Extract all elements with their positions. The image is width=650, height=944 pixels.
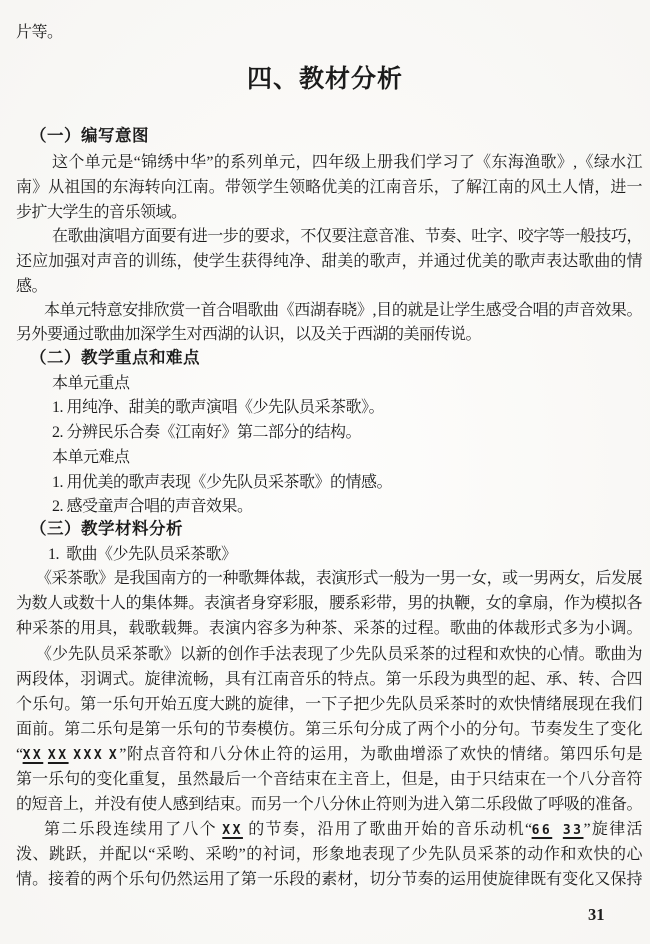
list-item: 1. 用优美的歌声表现《少先队员采茶歌》的情感。 — [52, 472, 642, 493]
text-line: 还应加强对声音的训练，使学生获得纯净、甜美的歌声，并通过优美的歌声表达歌曲的情 — [16, 251, 642, 272]
text-line: 在歌曲演唱方面要有进一步的要求，不仅要注意音准、节奏、吐字、咬字等一般技巧， — [52, 226, 642, 247]
text-line: 第一乐句的变化重复，虽然最后一个音结束在主音上，但是，由于只结束在一个八分音符 — [16, 769, 642, 790]
list-item: 1. 用纯净、甜美的歌声演唱《少先队员采茶歌》。 — [52, 397, 642, 418]
text-line: 这个单元是“锦绣中华”的系列单元，四年级上册我们学习了《东海渔歌》,《绿水江 — [52, 152, 642, 173]
text-line: 感。 — [16, 276, 642, 297]
text-line: 《少先队员采茶歌》以新的创作手法表现了少先队员采茶的过程和欢快的心情。歌曲为 — [36, 644, 642, 665]
section-heading-editorial-intent: （一）编写意图 — [30, 126, 642, 147]
text-line: 个乐句。第一乐句开始五度大跳的旋律，一下子把少先队员采茶时的欢快情绪展现在我们 — [16, 694, 642, 715]
list-item: 2. 分辨民乐合奏《江南好》第二部分的结构。 — [52, 422, 642, 443]
text-line: 两段体，羽调式。旋律流畅，具有江南音乐的特点。第一乐段为典型的起、承、转、合四 — [16, 669, 642, 690]
rhythm-notation: XX — [222, 823, 243, 838]
text-line: 另外要通过歌曲加深学生对西湖的认识，以及关于西湖的美丽传说。 — [16, 324, 642, 345]
text-line: 情。接着的两个乐句仍然运用了第一乐段的素材，切分节奏的运用使旋律既有变化又保持 — [16, 869, 642, 890]
rhythm-notation: 66 — [532, 823, 553, 838]
list-item: 1. 歌曲《少先队员采茶歌》 — [48, 544, 642, 565]
text-line: 的短音上，并没有使人感到结束。而另一个八分休止符则为进入第二乐段做了呼吸的准备。 — [16, 794, 642, 815]
page-title: 四、教材分析 — [0, 64, 650, 96]
text-line: 为数人或数十人的集体舞。表演者身穿彩服，腰系彩带，男的执鞭，女的拿扇，作为模拟各 — [16, 593, 642, 614]
rhythm-notation: XX — [48, 748, 69, 763]
rhythm-notation: XX — [23, 748, 44, 763]
text-line: 种采茶的用具，载歌载舞。表演内容多为种茶、采茶的过程。歌曲的体裁形式多为小调。 — [16, 618, 642, 639]
rhythm-pattern-line: “XX XX XXX X”附点音符和八分休止符的运用，为歌曲增添了欢快的情绪。第… — [16, 744, 642, 766]
text-line: 本单元难点 — [52, 447, 642, 468]
carryover-text: 片等。 — [16, 22, 642, 43]
page-number: 31 — [588, 905, 605, 925]
text-line: 本单元特意安排欣赏一首合唱歌曲《西湖春晓》,目的就是让学生感受合唱的声音效果。 — [44, 300, 642, 321]
text-line: 步扩大学生的音乐领域。 — [16, 202, 642, 223]
section-heading-key-points: （二）教学重点和难点 — [30, 348, 642, 369]
section-heading-material-analysis: （三）教学材料分析 — [30, 519, 642, 540]
text-line: 南》从祖国的东海转向江南。带领学生领略优美的江南音乐，了解江南的风土人情，进一 — [16, 177, 642, 198]
text-line: 《采茶歌》是我国南方的一种歌舞体裁，表演形式一般为一男一女，或一男两女，后发展 — [36, 568, 642, 589]
list-item: 2. 感受童声合唱的声音效果。 — [52, 496, 642, 517]
motif-line: 第二乐段连续用了八个 XX 的节奏，沿用了歌曲开始的音乐动机“66 33”旋律活 — [44, 819, 642, 841]
text-line: 面前。第二乐句是第一乐句的节奏模仿。第三乐句分成了两个小的分句。节奏发生了变化 — [16, 719, 642, 740]
rhythm-notation: X — [109, 748, 119, 763]
rhythm-notation: 33 — [563, 823, 584, 838]
text-line: 本单元重点 — [52, 373, 642, 394]
rhythm-notation: XXX — [73, 748, 104, 763]
scanned-page: 四、教材分析 片等。（一）编写意图这个单元是“锦绣中华”的系列单元，四年级上册我… — [0, 0, 650, 944]
text-line: 泼、跳跃，并配以“采哟、采哟”的衬词，形象地表现了少先队员采茶的动作和欢快的心 — [16, 844, 642, 865]
